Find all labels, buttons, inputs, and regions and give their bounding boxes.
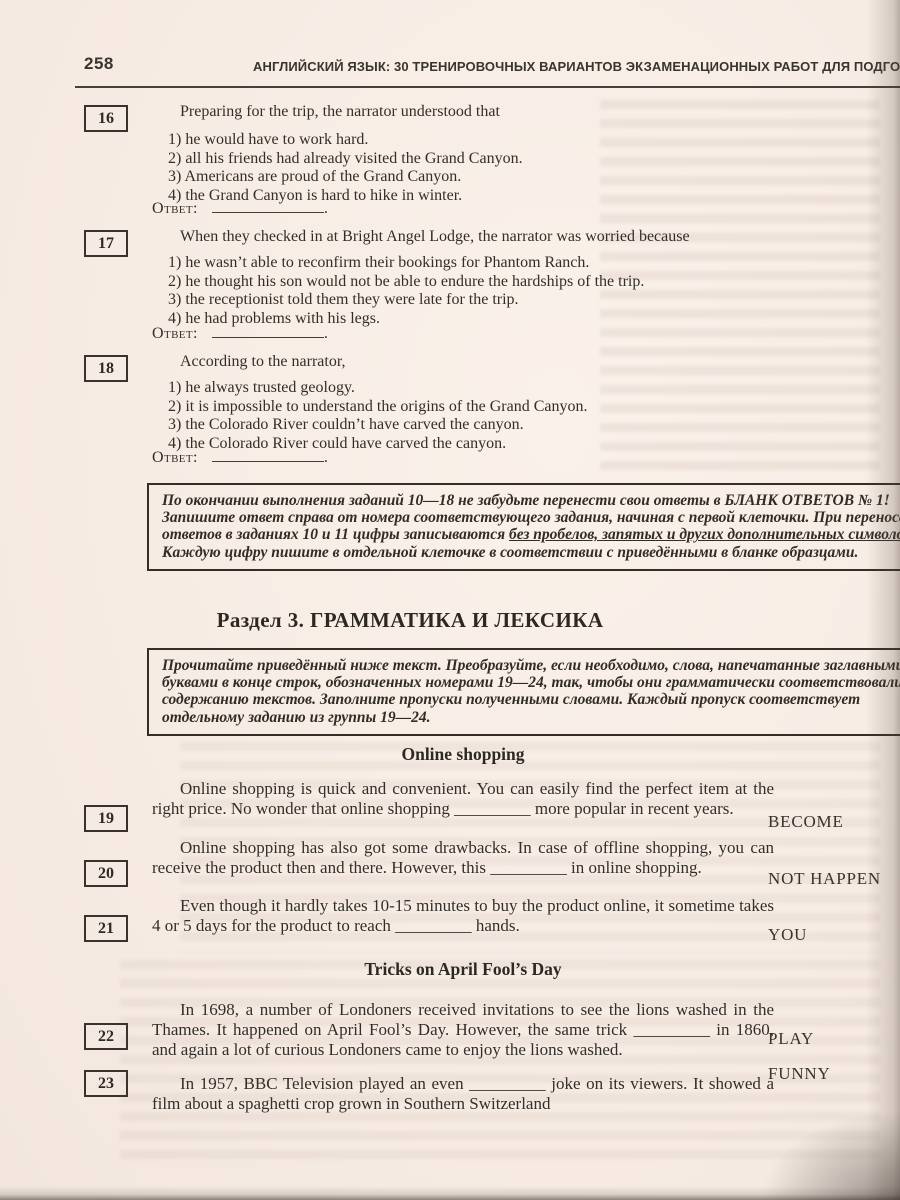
task-number-box-21: 21	[84, 915, 128, 942]
scanned-book-page: 258 АНГЛИЙСКИЙ ЯЗЫК: 30 ТРЕНИРОВОЧНЫХ ВА…	[0, 0, 900, 1200]
task-18-answer-row: Ответ:.	[152, 448, 328, 467]
task-18-option-1: 1) he always trusted geology.	[168, 379, 778, 398]
task-number-box-18: 18	[84, 355, 128, 382]
task-number-box-16: 16	[84, 105, 128, 132]
task-number-box-17: 17	[84, 230, 128, 257]
period: .	[324, 325, 328, 342]
task-23-keyword: FUNNY	[768, 1064, 831, 1084]
running-header: АНГЛИЙСКИЙ ЯЗЫК: 30 ТРЕНИРОВОЧНЫХ ВАРИАН…	[253, 59, 900, 74]
page-number: 258	[84, 54, 114, 74]
answer-label: Ответ:	[152, 449, 198, 466]
task-18-options: 1) he always trusted geology. 2) it is i…	[168, 379, 778, 453]
task-number-box-20: 20	[84, 860, 128, 887]
task-19-keyword: BECOME	[768, 812, 844, 832]
task-number-box-19: 19	[84, 805, 128, 832]
task-16-options: 1) he would have to work hard. 2) all hi…	[168, 131, 778, 205]
answer-blank-line	[212, 199, 324, 213]
task-17-stem: When they checked in at Bright Angel Lod…	[152, 227, 777, 246]
page-edge-shadow-bottom	[0, 1186, 900, 1200]
section-3-instruction-box: Прочитайте приведённый ниже текст. Преоб…	[147, 648, 900, 736]
task-16-stem: Preparing for the trip, the narrator und…	[152, 102, 777, 121]
text-title-online-shopping: Online shopping	[152, 744, 774, 765]
answer-sheet-note-box: По окончании выполнения заданий 10—18 не…	[147, 483, 900, 571]
note-text-underlined: без пробелов, запятых и других дополните…	[509, 526, 900, 543]
task-16-option-2: 2) all his friends had already visited t…	[168, 150, 778, 169]
period: .	[324, 200, 328, 217]
answer-blank-line	[212, 448, 324, 462]
page-edge-shadow-right	[866, 0, 900, 1200]
task-17-option-3: 3) the receptionist told them they were …	[168, 291, 778, 310]
period: .	[324, 449, 328, 466]
task-17-answer-row: Ответ:.	[152, 324, 328, 343]
task-19-paragraph: Online shopping is quick and convenient.…	[152, 779, 774, 819]
task-16-answer-row: Ответ:.	[152, 199, 328, 218]
task-16-option-3: 3) Americans are proud of the Grand Cany…	[168, 168, 778, 187]
task-23-paragraph: In 1957, BBC Television played an even _…	[152, 1074, 774, 1114]
task-18-stem: According to the narrator,	[152, 352, 777, 371]
task-17-option-2: 2) he thought his son would not be able …	[168, 273, 778, 292]
task-16-option-1: 1) he would have to work hard.	[168, 131, 778, 150]
text-title-april-fools: Tricks on April Fool’s Day	[152, 959, 774, 980]
task-18-option-2: 2) it is impossible to understand the or…	[168, 398, 778, 417]
task-22-keyword: PLAY	[768, 1029, 814, 1049]
task-18-option-3: 3) the Colorado River couldn’t have carv…	[168, 416, 778, 435]
task-17-options: 1) he wasn’t able to reconfirm their boo…	[168, 254, 778, 328]
section-3-heading: Раздел 3. ГРАММАТИКА И ЛЕКСИКА	[50, 608, 770, 633]
task-21-paragraph: Even though it hardly takes 10-15 minute…	[152, 896, 774, 936]
task-20-paragraph: Online shopping has also got some drawba…	[152, 838, 774, 878]
task-number-box-22: 22	[84, 1023, 128, 1050]
bleed-through-texture	[120, 960, 880, 1160]
task-20-keyword: NOT HAPPEN	[768, 869, 881, 889]
page-corner-shadow	[760, 1110, 900, 1200]
answer-label: Ответ:	[152, 325, 198, 342]
answer-blank-line	[212, 324, 324, 338]
task-17-option-1: 1) he wasn’t able to reconfirm their boo…	[168, 254, 778, 273]
task-number-box-23: 23	[84, 1070, 128, 1097]
header-rule	[75, 86, 900, 88]
answer-label: Ответ:	[152, 200, 198, 217]
task-21-keyword: YOU	[768, 925, 807, 945]
task-22-paragraph: In 1698, a number of Londoners received …	[152, 1000, 774, 1060]
